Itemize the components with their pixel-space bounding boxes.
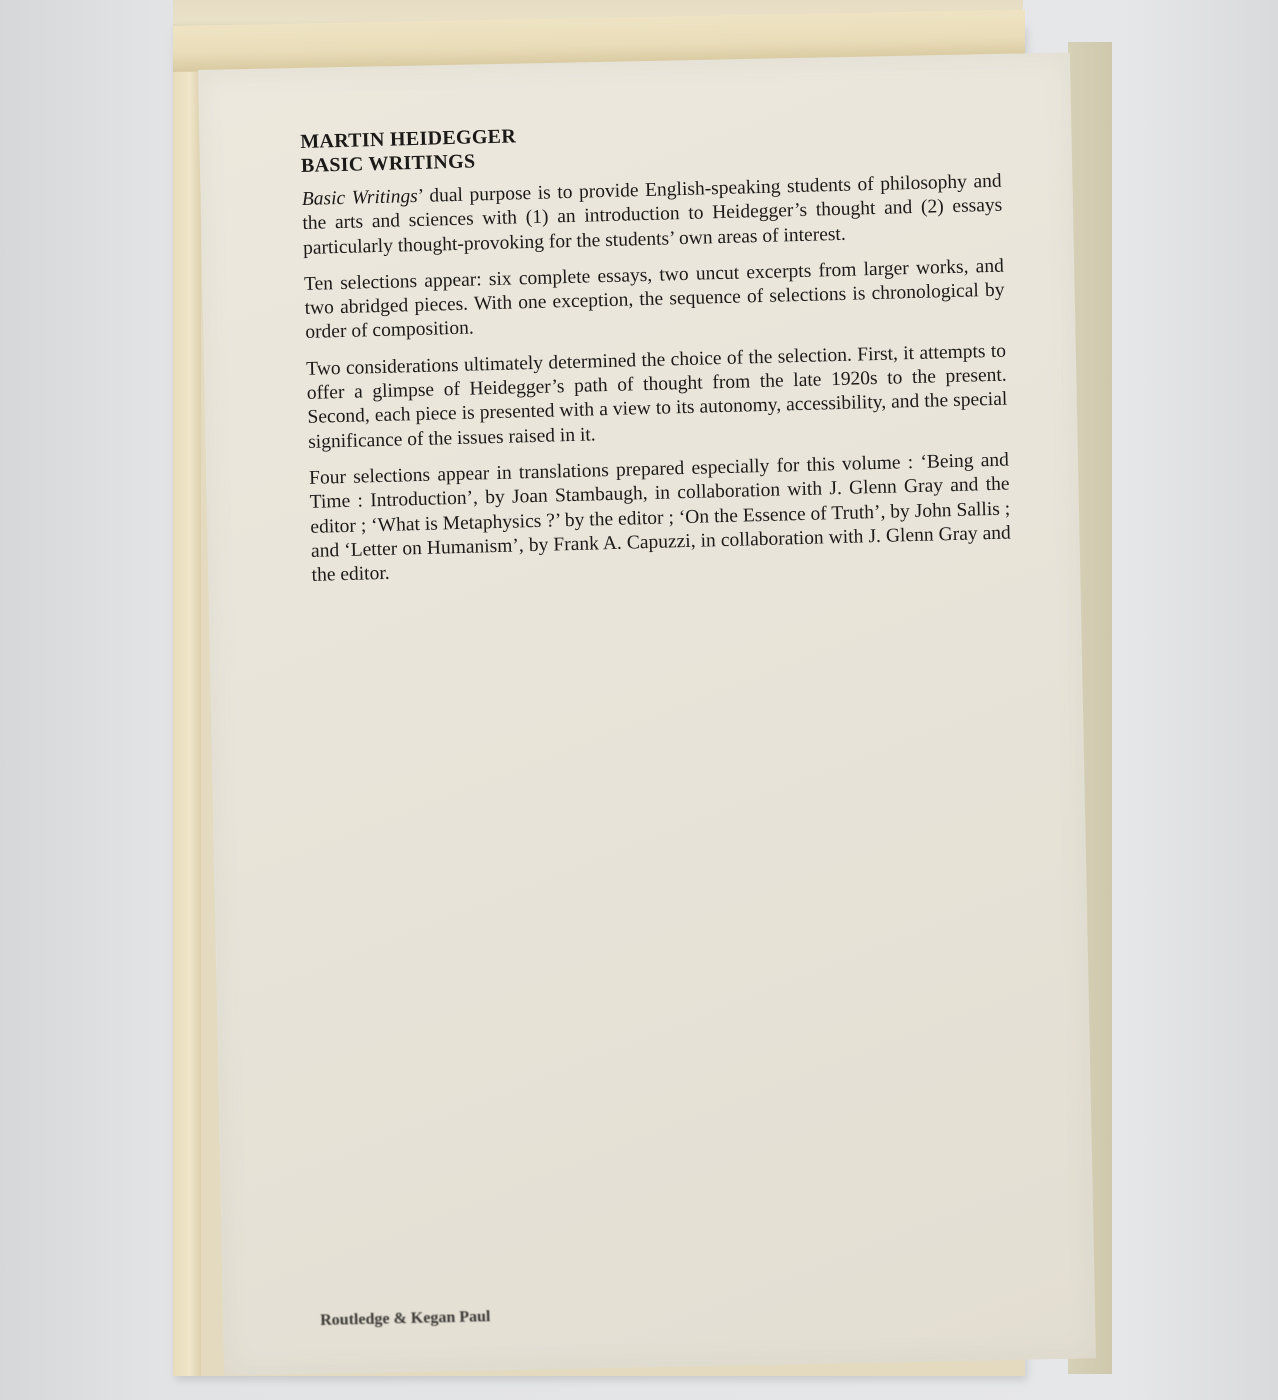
blurb-paragraph-3: Two considerations ultimately determined…: [306, 339, 1008, 454]
back-cover-text: MARTIN HEIDEGGER BASIC WRITINGS Basic Wr…: [300, 112, 1012, 601]
blurb-paragraph-2: Ten selections appear: six complete essa…: [304, 255, 1006, 346]
publisher-imprint: Routledge & Kegan Paul: [320, 1308, 491, 1330]
blurb-paragraph-1: Basic Writings’ dual purpose is to provi…: [302, 170, 1004, 261]
blurb-text: ’ dual purpose is to provide English-spe…: [302, 171, 1002, 259]
italic-book-title: Basic Writings: [302, 186, 418, 210]
page-edge-left: [173, 30, 201, 1376]
blurb-paragraph-4: Four selections appear in translations p…: [309, 449, 1012, 589]
